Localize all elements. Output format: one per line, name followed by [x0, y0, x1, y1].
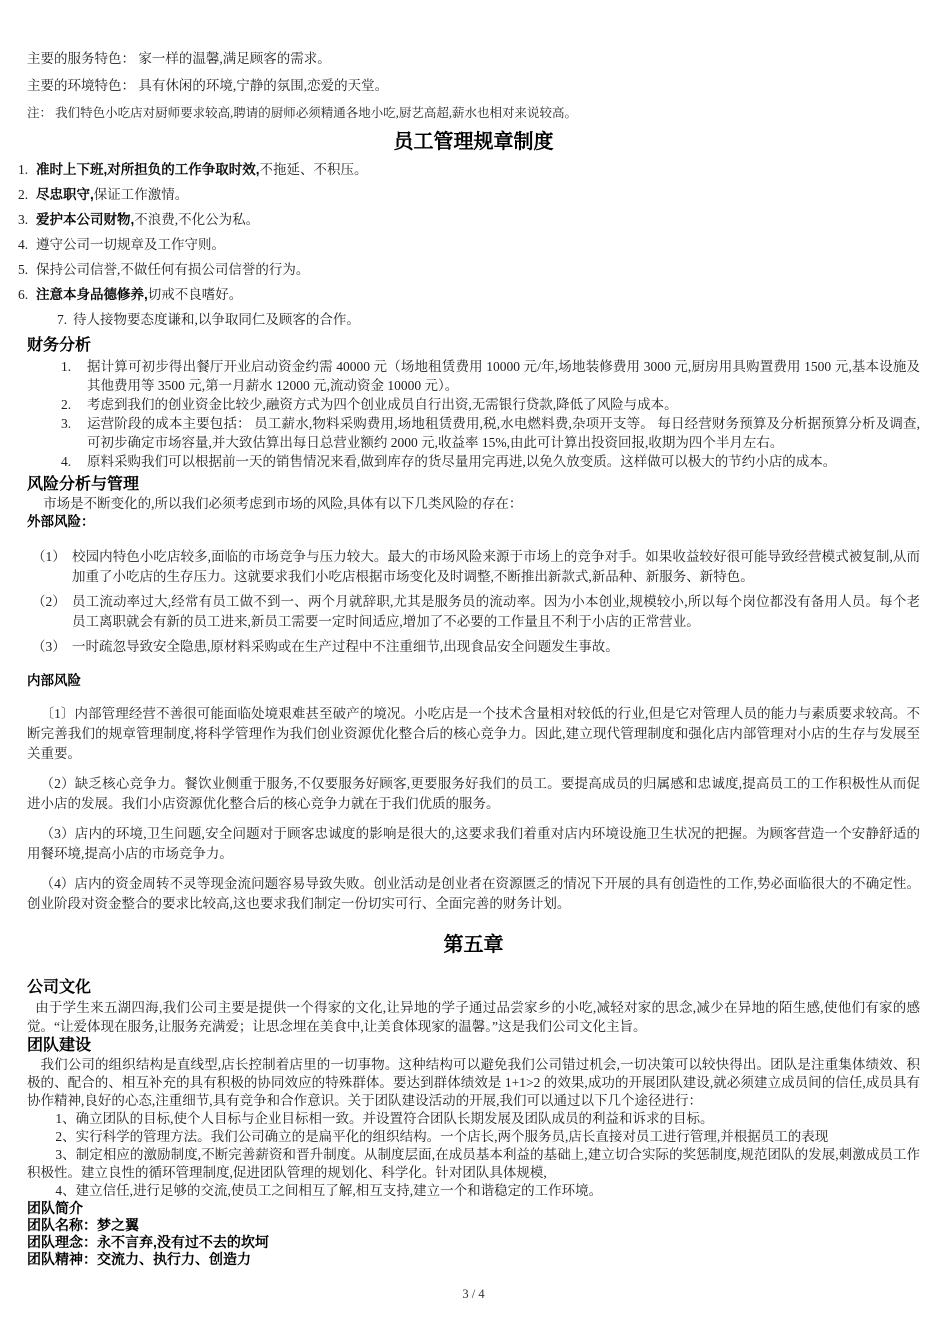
rule-text: 爱护本公司财物,不浪费,不化公为私。 [36, 211, 920, 228]
service-feature-line: 主要的服务特色： 家一样的温馨,满足顾客的需求。 [27, 50, 920, 67]
internal-risk-paragraph-4: （4）店内的资金周转不灵等现金流问题容易导致失败。创业活动是创业者在资源匮乏的情… [27, 874, 920, 914]
team-step-2: 2、实行科学的管理方法。我们公司确立的是扁平化的组织结构。一个店长,两个服务员,… [27, 1128, 920, 1146]
finance-item-text: 考虑到我们的创业资金比较少,融资方式为四个创业成员自行出资,无需银行贷款,降低了… [87, 395, 920, 414]
rule-text: 待人接物要态度谦和,以争取同仁及顾客的合作。 [73, 311, 920, 328]
rule-text: 遵守公司一切规章及工作守则。 [36, 236, 920, 253]
rule-text: 准时上下班,对所担负的工作争取时效,不拖延、不积压。 [36, 161, 920, 178]
team-step-3: 3、制定相应的激励制度,不断完善薪资和晋升制度。从制度层面,在成员基本利益的基础… [27, 1146, 920, 1182]
team-building-paragraph: 我们公司的组织结构是直线型,店长控制着店里的一切事物。这种结构可以避免我们公司错… [27, 1056, 920, 1110]
finance-item-number: 1. [61, 357, 87, 395]
finance-item-text: 原料采购我们可以根据前一天的销售情况来看,做到库存的货尽量用完再进,以免久放变质… [87, 452, 920, 471]
finance-item-text: 运营阶段的成本主要包括： 员工薪水,物料采购费用,场地租赁费用,税,水电燃料费,… [87, 414, 920, 452]
rule-number: 4. [18, 236, 36, 253]
external-risk-number: （2） [32, 592, 72, 632]
external-risk-number: （3） [32, 637, 72, 657]
environment-feature-line: 主要的环境特色： 具有休闲的环境,宁静的氛围,恋爱的天堂。 [27, 77, 920, 94]
staff-rule-item-6: 6. 注意本身品德修养,切戒不良嗜好。 [27, 286, 920, 303]
staff-rule-item-5: 5. 保持公司信誉,不做任何有损公司信誉的行为。 [27, 261, 920, 278]
risk-intro: 市场是不断变化的,所以我们必须考虑到市场的风险,具体有以下几类风险的存在： [27, 495, 920, 513]
chef-note-line: 注： 我们特色小吃店对厨师要求较高,聘请的厨师必须精通各地小吃,厨艺高超,薪水也… [27, 105, 920, 121]
document-page: 主要的服务特色： 家一样的温馨,满足顾客的需求。 主要的环境特色： 具有休闲的环… [0, 0, 950, 1302]
team-name-line: 团队名称：梦之翼 [27, 1217, 920, 1234]
team-profile-title: 团队简介 [27, 1200, 920, 1217]
external-risk-text: 员工流动率过大,经常有员工做不到一、两个月就辞职,尤其是服务员的流动率。因为小本… [72, 592, 920, 632]
external-risk-item-1: （1） 校园内特色小吃店较多,面临的市场竞争与压力较大。最大的市场风险来源于市场… [27, 547, 920, 587]
rule-text: 尽忠职守,保证工作激情。 [36, 186, 920, 203]
risk-section-title: 风险分析与管理 [27, 475, 920, 495]
rule-number: 3. [18, 211, 36, 228]
finance-item-text: 据计算可初步得出餐厅开业启动资金约需 40000 元（场地租赁费用 10000 … [87, 357, 920, 395]
external-risk-title: 外部风险： [27, 513, 920, 531]
staff-rule-item-7: 7. 待人接物要态度谦和,以争取同仁及顾客的合作。 [27, 311, 920, 328]
rule-number: 2. [18, 186, 36, 203]
finance-section-title: 财务分析 [27, 336, 920, 356]
page-number: 3 / 4 [27, 1286, 920, 1302]
finance-item-2: 2. 考虑到我们的创业资金比较少,融资方式为四个创业成员自行出资,无需银行贷款,… [27, 395, 920, 414]
finance-item-3: 3. 运营阶段的成本主要包括： 员工薪水,物料采购费用,场地租赁费用,税,水电燃… [27, 414, 920, 452]
rule-number: 1. [18, 161, 36, 178]
internal-risk-title: 内部风险 [27, 672, 920, 690]
finance-item-1: 1. 据计算可初步得出餐厅开业启动资金约需 40000 元（场地租赁费用 100… [27, 357, 920, 395]
staff-rules-title: 员工管理规章制度 [27, 129, 920, 155]
finance-item-number: 4. [61, 452, 87, 471]
external-risk-item-2: （2） 员工流动率过大,经常有员工做不到一、两个月就辞职,尤其是服务员的流动率。… [27, 592, 920, 632]
team-step-1: 1、确立团队的目标,使个人目标与企业目标相一致。并设置符合团队长期发展及团队成员… [27, 1110, 920, 1128]
staff-rule-item-4: 4. 遵守公司一切规章及工作守则。 [27, 236, 920, 253]
internal-risk-paragraph-1: 〔1〕内部管理经营不善很可能面临处境艰难甚至破产的境况。小吃店是一个技术含量相对… [27, 704, 920, 764]
staff-rule-item-3: 3. 爱护本公司财物,不浪费,不化公为私。 [27, 211, 920, 228]
finance-item-number: 2. [61, 395, 87, 414]
team-concept-line: 团队理念：永不言弃,没有过不去的坎坷 [27, 1234, 920, 1251]
rule-text: 注意本身品德修养,切戒不良嗜好。 [36, 286, 920, 303]
company-culture-title: 公司文化 [27, 978, 920, 998]
rule-number: 5. [18, 261, 36, 278]
staff-rule-item-2: 2. 尽忠职守,保证工作激情。 [27, 186, 920, 203]
external-risk-text: 校园内特色小吃店较多,面临的市场竞争与压力较大。最大的市场风险来源于市场上的竞争… [72, 547, 920, 587]
rule-number: 7. [57, 311, 73, 328]
team-step-4: 4、建立信任,进行足够的交流,使员工之间相互了解,相互支持,建立一个和谐稳定的工… [27, 1182, 920, 1200]
team-spirit-line: 团队精神：交流力、执行力、创造力 [27, 1251, 920, 1268]
external-risk-text: 一时疏忽导致安全隐患,原材料采购或在生产过程中不注重细节,出现食品安全问题发生事… [72, 637, 920, 657]
finance-item-number: 3. [61, 414, 87, 452]
finance-item-4: 4. 原料采购我们可以根据前一天的销售情况来看,做到库存的货尽量用完再进,以免久… [27, 452, 920, 471]
internal-risk-paragraph-2: （2）缺乏核心竞争力。餐饮业侧重于服务,不仅要服务好顾客,更要服务好我们的员工。… [27, 774, 920, 814]
chapter-five-title: 第五章 [27, 932, 920, 958]
internal-risk-paragraph-3: （3）店内的环境,卫生问题,安全问题对于顾客忠诚度的影响是很大的,这要求我们着重… [27, 824, 920, 864]
team-building-title: 团队建设 [27, 1036, 920, 1056]
staff-rule-item-1: 1. 准时上下班,对所担负的工作争取时效,不拖延、不积压。 [27, 161, 920, 178]
company-culture-paragraph: 由于学生来五湖四海,我们公司主要是提供一个得家的文化,让异地的学子通过品尝家乡的… [27, 998, 920, 1036]
external-risk-number: （1） [32, 547, 72, 587]
rule-number: 6. [18, 286, 36, 303]
external-risk-item-3: （3） 一时疏忽导致安全隐患,原材料采购或在生产过程中不注重细节,出现食品安全问… [27, 637, 920, 657]
rule-text: 保持公司信誉,不做任何有损公司信誉的行为。 [36, 261, 920, 278]
